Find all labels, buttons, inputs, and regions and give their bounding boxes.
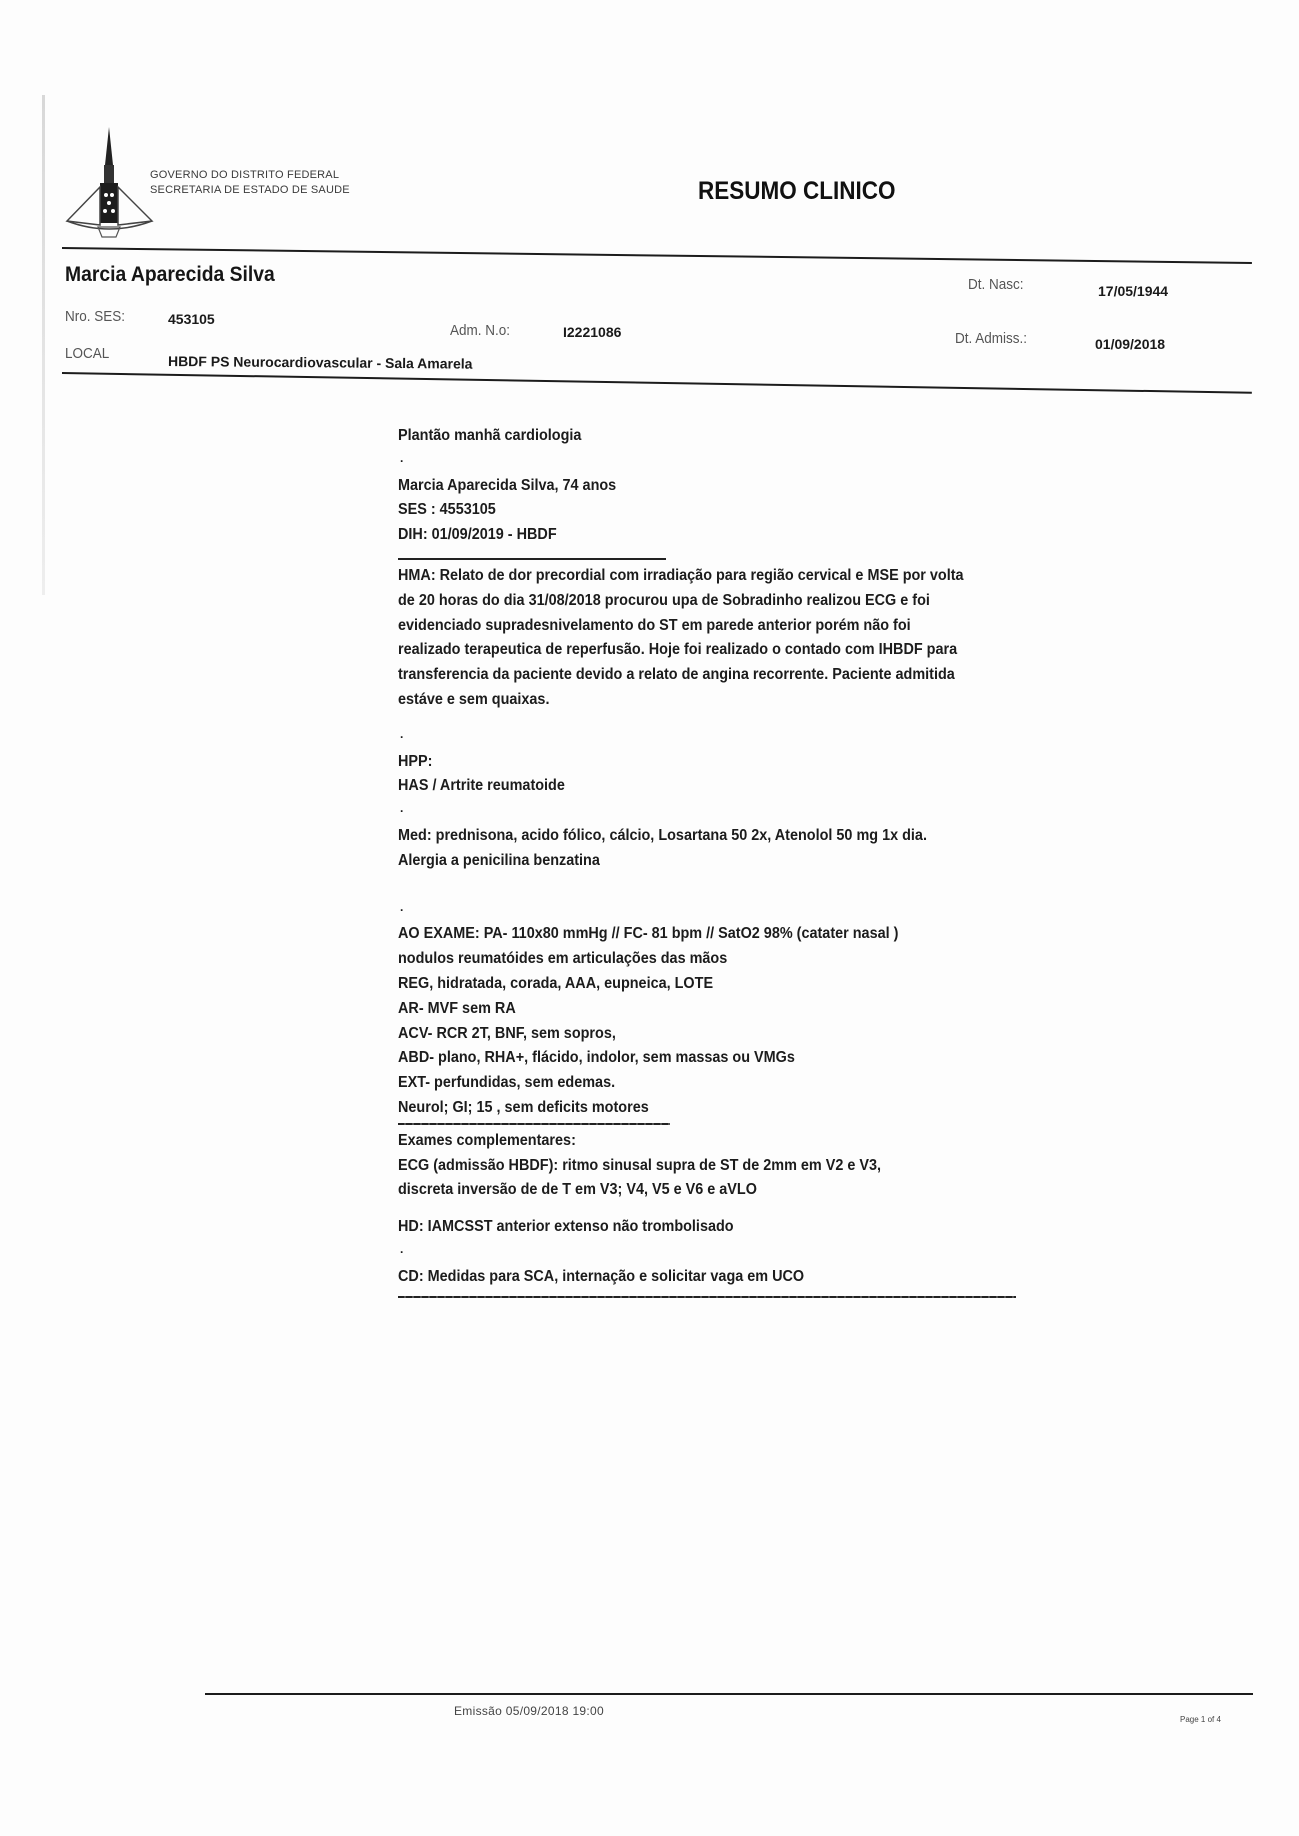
hma-line: de 20 horas do dia 31/08/2018 procurou u…: [398, 589, 1086, 614]
page-number: Page 1 of 4: [1180, 1715, 1221, 1724]
birth-date-value: 17/05/1944: [1098, 283, 1168, 299]
admission-date-value: 01/09/2018: [1095, 336, 1165, 352]
admission-number-value: I2221086: [563, 324, 621, 340]
exam-line: ABD- plano, RHA+, flácido, indolor, sem …: [398, 1046, 1086, 1071]
hma-line: HMA: Relato de dor precordial com irradi…: [398, 564, 1086, 589]
section-divider: [398, 1296, 1016, 1298]
org-line-2: SECRETARIA DE ESTADO DE SAUDE: [150, 183, 350, 198]
org-line-1: GOVERNO DO DISTRITO FEDERAL: [150, 168, 350, 183]
medications: Med: prednisona, acido fólico, cálcio, L…: [398, 824, 1086, 849]
exam-line: AR- MVF sem RA: [398, 997, 1086, 1022]
separator-dot: .: [398, 799, 1138, 824]
exam-line: EXT- perfundidas, sem edemas.: [398, 1071, 1086, 1096]
admission-date-label: Dt. Admiss.:: [955, 330, 1027, 347]
section-divider: [398, 558, 666, 560]
exam-line: Neurol; GI; 15 , sem deficits motores: [398, 1096, 1086, 1121]
emission-timestamp: Emissão 05/09/2018 19:00: [454, 1704, 604, 1718]
ses-number-value: 453105: [168, 311, 215, 327]
patient-name: Marcia Aparecida Silva: [65, 263, 275, 287]
admission-number-label: Adm. N.o:: [450, 322, 510, 339]
local-value: HBDF PS Neurocardiovascular - Sala Amare…: [168, 353, 473, 372]
exam-line: REG, hidratada, corada, AAA, eupneica, L…: [398, 972, 1086, 997]
separator-dot: .: [398, 449, 1138, 474]
hma-line: transferencia da paciente devido a relat…: [398, 663, 1086, 688]
complementary-line: ECG (admissão HBDF): ritmo sinusal supra…: [398, 1154, 1086, 1179]
identification-line: DIH: 01/09/2019 - HBDF: [398, 523, 1086, 548]
local-label: LOCAL: [65, 345, 109, 362]
diagnostic-hypothesis: HD: IAMCSST anterior extenso não trombol…: [398, 1215, 1086, 1240]
hpp-label: HPP:: [398, 750, 1086, 775]
exam-line: ACV- RCR 2T, BNF, sem sopros,: [398, 1022, 1086, 1047]
separator-dot: .: [398, 898, 1138, 923]
exam-line: AO EXAME: PA- 110x80 mmHg // FC- 81 bpm …: [398, 922, 1086, 947]
hpp-value: HAS / Artrite reumatoide: [398, 774, 1086, 799]
scan-edge-shadow: [42, 95, 45, 595]
allergy: Alergia a penicilina benzatina: [398, 849, 1086, 874]
identification-line: SES : 4553105: [398, 498, 1086, 523]
page-title: RESUMO CLINICO: [698, 177, 896, 206]
document-page: GOVERNO DO DISTRITO FEDERAL SECRETARIA D…: [0, 0, 1299, 1836]
separator-dot: .: [398, 1240, 1138, 1265]
ses-number-label: Nro. SES:: [65, 308, 125, 325]
complementary-line: discreta inversão de de T em V3; V4, V5 …: [398, 1178, 1086, 1203]
birth-date-label: Dt. Nasc:: [968, 276, 1024, 293]
conduct: CD: Medidas para SCA, internação e solic…: [398, 1265, 1086, 1290]
footer-divider: [205, 1693, 1253, 1695]
identification-line: Marcia Aparecida Silva, 74 anos: [398, 474, 1086, 499]
note-heading: Plantão manhã cardiologia: [398, 424, 1086, 449]
patient-divider: [62, 372, 1252, 394]
clinical-note: Plantão manhã cardiologia . Marcia Apare…: [398, 424, 1138, 1302]
section-divider: [398, 1123, 670, 1125]
organization-name: GOVERNO DO DISTRITO FEDERAL SECRETARIA D…: [150, 168, 350, 198]
exam-line: nodulos reumatóides em articulações das …: [398, 947, 1086, 972]
separator-dot: .: [398, 725, 1138, 750]
hma-line: evidenciado supradesnivelamento do ST em…: [398, 614, 1086, 639]
gdf-coat-of-arms-icon: [62, 125, 157, 240]
hma-line: estáve e sem quaixas.: [398, 688, 1086, 713]
hma-line: realizado terapeutica de reperfusão. Hoj…: [398, 638, 1086, 663]
complementary-label: Exames complementares:: [398, 1129, 1086, 1154]
header-divider: [62, 247, 1252, 264]
